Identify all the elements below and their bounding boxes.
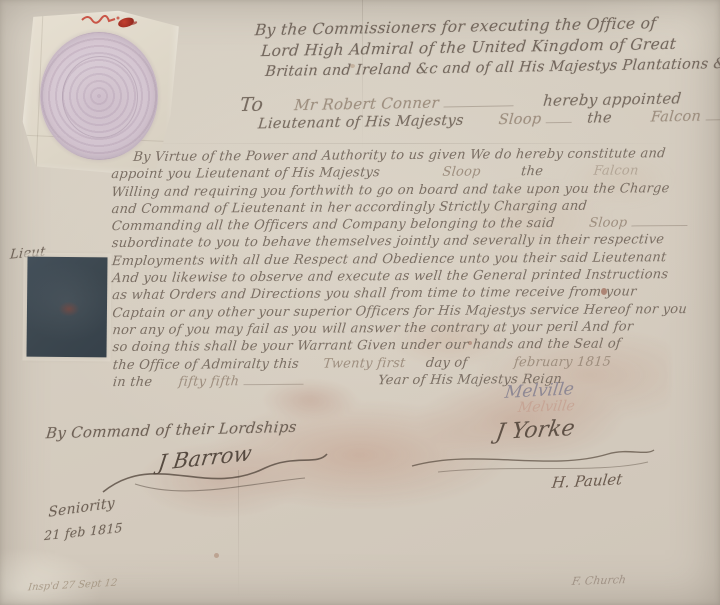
barrow-signature-flourish bbox=[95, 440, 335, 500]
ship-type: Sloop bbox=[498, 111, 542, 128]
commission-day: Twenty first bbox=[323, 356, 407, 372]
blank-rule bbox=[706, 108, 720, 121]
hereby-appointed: hereby appointed bbox=[542, 89, 682, 109]
body-paragraph: By Virtue of the Power and Authority to … bbox=[111, 145, 705, 391]
body-line-text: in the bbox=[112, 375, 153, 390]
seal-inner-ring bbox=[62, 56, 138, 138]
blank-rule bbox=[546, 111, 573, 123]
horizontal-fold-crease bbox=[120, 143, 680, 144]
day-of-text: day of bbox=[425, 355, 468, 370]
ship-name: Falcon bbox=[650, 109, 702, 126]
signature-third-lord: H. Paulet bbox=[551, 470, 623, 492]
ship-type: Sloop bbox=[442, 165, 482, 180]
red-ink-mark bbox=[80, 10, 122, 26]
signature-first-lord-faint: Melville bbox=[517, 398, 576, 416]
blank-rule bbox=[243, 373, 304, 385]
regnal-year: fifty fifth bbox=[178, 374, 240, 389]
blank-rule bbox=[631, 214, 688, 226]
commission-month-year: february 1815 bbox=[513, 354, 612, 370]
slate-paper-patch bbox=[26, 257, 107, 358]
foxing-speck bbox=[214, 553, 219, 558]
heading-block: By the Commissioners for executing the O… bbox=[250, 12, 720, 84]
commission-document-scan: By the Commissioners for executing the O… bbox=[0, 0, 720, 605]
to-word: To bbox=[239, 94, 264, 116]
bottom-right-docket-note: F. Church bbox=[571, 573, 627, 588]
body-line-text: appoint you Lieutenant of His Majestys bbox=[111, 165, 381, 182]
ship-name: Falcon bbox=[593, 164, 640, 179]
the-word: the bbox=[520, 164, 544, 179]
blank-rule bbox=[444, 94, 515, 107]
body-line-text: the Office of Admiralty this bbox=[112, 356, 300, 372]
officer-name: Mr Robert Conner bbox=[293, 94, 439, 115]
the-word: the bbox=[587, 110, 613, 126]
ship-type: Sloop bbox=[588, 216, 628, 231]
